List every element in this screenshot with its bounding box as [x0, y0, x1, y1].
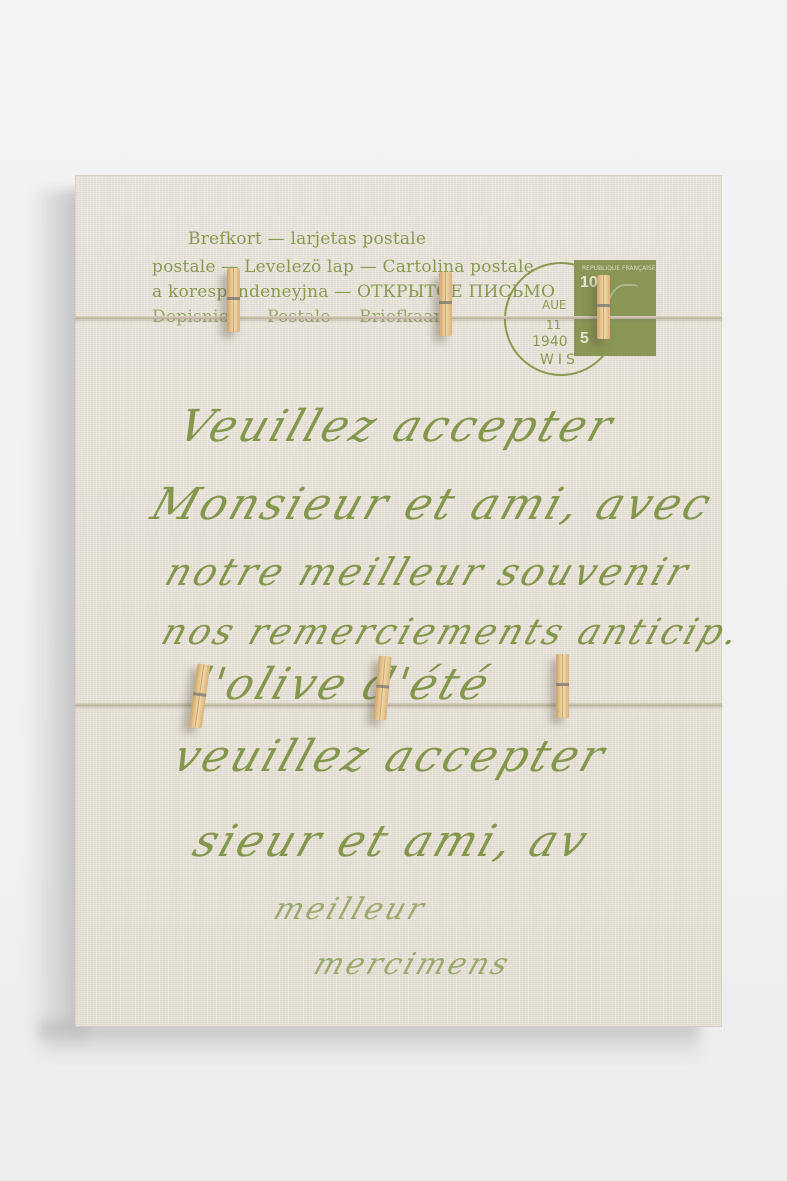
postmark-text-mid: 11	[546, 318, 561, 332]
script-line-6: veuillez accepter	[168, 735, 612, 779]
clothespin-top-2[interactable]	[439, 272, 452, 336]
header-line-1: Brefkort — larjetas postale	[188, 231, 426, 248]
header-line-2: postale — Levelezö lap — Cartolina posta…	[152, 259, 534, 276]
stamp-top-text: REPUBLIQUE FRANÇAISE	[582, 265, 656, 272]
twine-string-bottom	[75, 703, 722, 706]
script-line-7: sieur et ami, av	[188, 820, 595, 864]
script-line-1: Veuillez accepter	[173, 405, 620, 449]
postmark-text-top: AUE	[542, 298, 567, 312]
script-line-4: nos remerciements anticip.	[157, 615, 745, 651]
script-line-3: notre meilleur souvenir	[161, 553, 696, 591]
stamp-value-bottom: 5	[580, 330, 589, 348]
clothespin-bottom-3[interactable]	[556, 654, 569, 718]
postage-stamp: REPUBLIQUE FRANÇAISE POSTES 10 5	[576, 262, 654, 354]
clothespin-top-1[interactable]	[227, 268, 240, 332]
postmark-text-bottom: WIS	[540, 352, 579, 368]
header-line-3: a korespondeneyjna — ОТКРЫТОЕ ПИСЬМО	[152, 284, 555, 301]
postmark-year: 1940	[532, 334, 568, 350]
stamp-value-top: 10	[580, 274, 598, 292]
stamp-side-text: POSTES	[655, 294, 662, 317]
board-shadow-bottom	[40, 1022, 700, 1062]
linen-memo-board: Brefkort — larjetas postale postale — Le…	[75, 175, 722, 1027]
twine-string-top	[75, 316, 722, 319]
script-line-5: l'olive d'été	[188, 663, 497, 707]
script-line-9: mercimens	[310, 950, 515, 980]
script-line-8: meilleur	[270, 895, 430, 925]
script-line-2: Monsieur et ami, avec	[146, 483, 719, 527]
stamp-sower-figure-icon	[606, 284, 638, 332]
clothespin-top-3[interactable]	[597, 275, 610, 339]
